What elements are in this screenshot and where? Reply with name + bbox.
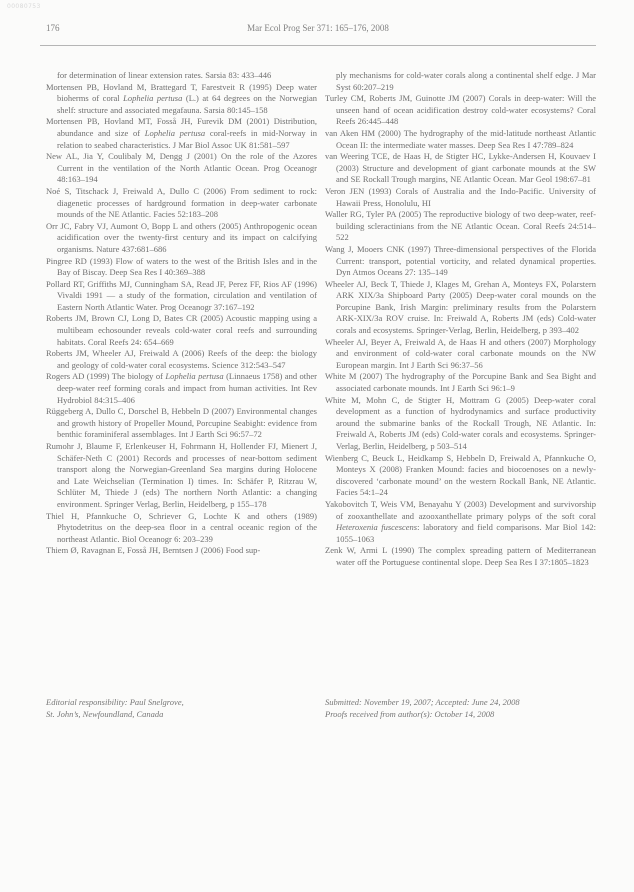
reference-entry: Mortensen PB, Hovland MT, Fosså JH, Fure… [46, 116, 317, 151]
references-column-left: for determination of linear extension ra… [46, 70, 317, 684]
reference-entry: Rogers AD (1999) The biology of Lophelia… [46, 371, 317, 406]
reference-entry: Noé S, Titschack J, Freiwald A, Dullo C … [46, 186, 317, 221]
reference-entry: Zenk W, Armi L (1990) The complex spread… [325, 545, 596, 568]
submission-dates-note: Submitted: November 19, 2007; Accepted: … [325, 697, 596, 720]
reference-entry: Mortensen PB, Hovland M, Brattegard T, F… [46, 82, 317, 117]
reference-entry: Roberts JM, Brown CJ, Long D, Bates CR (… [46, 313, 317, 348]
reference-entry: Pingree RD (1993) Flow of waters to the … [46, 256, 317, 279]
reference-entry: van Aken HM (2000) The hydrography of th… [325, 128, 596, 151]
header-rule [40, 45, 596, 46]
references-section: for determination of linear extension ra… [46, 70, 596, 684]
reference-entry: Rumohr J, Blaume F, Erlenkeuser H, Fohrm… [46, 441, 317, 511]
reference-entry: Waller RG, Tyler PA (2005) The reproduct… [325, 209, 596, 244]
page-number: 176 [46, 23, 60, 33]
reference-entry: Roberts JM, Wheeler AJ, Freiwald A (2006… [46, 348, 317, 371]
reference-entry: Orr JC, Fabry VJ, Aumont O, Bopp L and o… [46, 221, 317, 256]
reference-entry: Wheeler AJ, Beyer A, Freiwald A, de Haas… [325, 337, 596, 372]
running-head: Mar Ecol Prog Ser 371: 165–176, 2008 [40, 23, 596, 33]
scan-watermark: 00080753 [7, 3, 41, 10]
reference-entry: Wienberg C, Beuck L, Heidkamp S, Hebbeln… [325, 453, 596, 499]
reference-entry: Rüggeberg A, Dullo C, Dorschel B, Hebbel… [46, 406, 317, 441]
reference-entry: ply mechanisms for cold-water corals alo… [325, 70, 596, 93]
editorial-responsibility-line1: Editorial responsibility: Paul Snelgrove… [46, 697, 311, 709]
page: 00080753 Mar Ecol Prog Ser 371: 165–176,… [0, 0, 634, 892]
submitted-accepted-line: Submitted: November 19, 2007; Accepted: … [325, 697, 596, 709]
reference-entry: Yakobovitch T, Weis VM, Benayahu Y (2003… [325, 499, 596, 545]
reference-entry: Wheeler AJ, Beck T, Thiede J, Klages M, … [325, 279, 596, 337]
references-column-right: ply mechanisms for cold-water corals alo… [325, 70, 596, 684]
reference-entry: New AL, Jia Y, Coulibaly M, Dengg J (200… [46, 151, 317, 186]
scanned-paper-page: { "page": { "watermark": "00080753", "pa… [0, 0, 634, 892]
reference-entry: White M (2007) The hydrography of the Po… [325, 371, 596, 394]
reference-entry: for determination of linear extension ra… [46, 70, 317, 82]
reference-entry: Pollard RT, Griffiths MJ, Cunningham SA,… [46, 279, 317, 314]
reference-entry: Veron JEN (1993) Corals of Australia and… [325, 186, 596, 209]
editorial-responsibility-line2: St. John’s, Newfoundland, Canada [46, 709, 311, 721]
reference-entry: White M, Mohn C, de Stigter H, Mottram G… [325, 395, 596, 453]
reference-entry: Thiel H, Pfannkuche O, Schriever G, Loch… [46, 511, 317, 546]
page-header: Mar Ecol Prog Ser 371: 165–176, 2008 176 [40, 23, 596, 37]
reference-entry: Wang J, Mooers CNK (1997) Three-dimensio… [325, 244, 596, 279]
proofs-received-line: Proofs received from author(s): October … [325, 709, 596, 721]
reference-entry: Turley CM, Roberts JM, Guinotte JM (2007… [325, 93, 596, 128]
reference-entry: Thiem Ø, Ravagnan E, Fosså JH, Berntsen … [46, 545, 317, 557]
editorial-responsibility-note: Editorial responsibility: Paul Snelgrove… [46, 697, 311, 720]
reference-entry: van Weering TCE, de Haas H, de Stigter H… [325, 151, 596, 186]
